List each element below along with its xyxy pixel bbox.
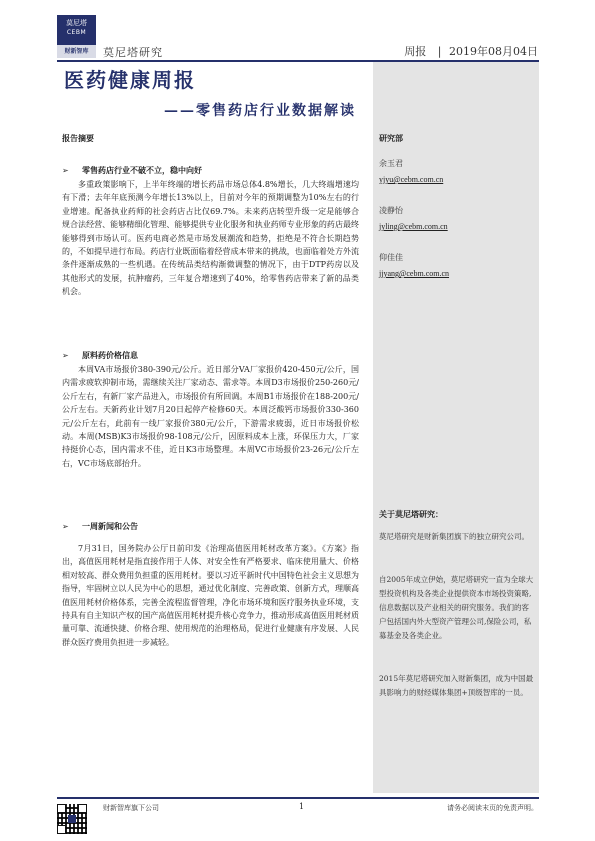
report-meta: 周报 | 2019年08月04日 [404, 43, 538, 59]
report-date: 2019年08月04日 [449, 45, 538, 58]
summary-label: 报告摘要 [62, 133, 94, 144]
analyst-name: 余玉君 [379, 158, 403, 169]
logo-cn-text: 莫尼塔 [57, 19, 96, 28]
section-api-prices: ➢原料药价格信息 本周VA市场报价380-390元/公斤。近日部分VA厂家报价4… [62, 349, 359, 470]
logo-sub-text: 财新智库 [57, 45, 96, 58]
logo-mark: 莫尼塔 CEBM [57, 15, 96, 45]
section-title: 零售药店行业不破不立，稳中向好 [82, 165, 202, 175]
about-paragraph: 自2005年成立伊始，莫尼塔研究一直为全球大型投资机构及各类企业提供资本市场投资… [379, 573, 534, 643]
analyst-email-link[interactable]: yjyu@cebm.com.cn [379, 175, 443, 184]
analyst-email-link[interactable]: jjyang@cebm.com.cn [379, 269, 449, 278]
about-paragraph: 2015年莫尼塔研究加入财新集团，成为中国最具影响力的财经媒体集团+顶级智库的一… [379, 672, 534, 700]
footer-company: 财新智库旗下公司 [103, 803, 159, 813]
header-separator: | [438, 45, 442, 58]
section-retail-pharmacy: ➢零售药店行业不破不立，稳中向好 多重政策影响下，上半年终端的增长药品市场总体4… [62, 164, 359, 299]
cebm-logo: 莫尼塔 CEBM 财新智库 [57, 15, 96, 58]
arrow-bullet-icon: ➢ [62, 164, 82, 177]
page-title: 医药健康周报 [64, 64, 196, 93]
section-body: 7月31日，国务院办公厅日前印发《治理高值医用耗材改革方案》。《方案》指出，高值… [62, 542, 359, 649]
analyst-email-link[interactable]: jyling@cebm.com.cn [379, 222, 448, 231]
section-title: 原料药价格信息 [82, 350, 138, 360]
arrow-bullet-icon: ➢ [62, 349, 82, 362]
logo-en-text: CEBM [57, 28, 96, 37]
analyst-name: 仰佳佳 [379, 252, 403, 263]
analyst-name: 凌静怡 [379, 205, 403, 216]
section-weekly-news: ➢一周新闻和公告 7月31日，国务院办公厅日前印发《治理高值医用耗材改革方案》。… [62, 520, 359, 649]
about-heading: 关于莫尼塔研究： [379, 509, 443, 520]
report-type: 周报 [404, 45, 426, 58]
section-title: 一周新闻和公告 [82, 521, 138, 531]
brand-name: 莫尼塔研究 [103, 44, 163, 60]
research-dept-heading: 研究部 [379, 133, 403, 144]
arrow-bullet-icon: ➢ [62, 520, 82, 533]
footer-rule [57, 797, 539, 799]
section-body: 本周VA市场报价380-390元/公斤。近日部分VA厂家报价420-450元/公… [62, 363, 359, 470]
footer-disclaimer: 请务必阅读末页的免责声明。 [447, 803, 538, 813]
page-number: 1 [299, 802, 304, 811]
section-body: 多重政策影响下，上半年终端的增长药品市场总体4.8%增长，几大终端增速均有下滑；… [62, 178, 359, 299]
qr-code-icon [57, 804, 87, 834]
page-subtitle: ——零售药店行业数据解读 [164, 100, 356, 120]
about-paragraph: 莫尼塔研究是财新集团旗下的独立研究公司。 [379, 530, 534, 544]
